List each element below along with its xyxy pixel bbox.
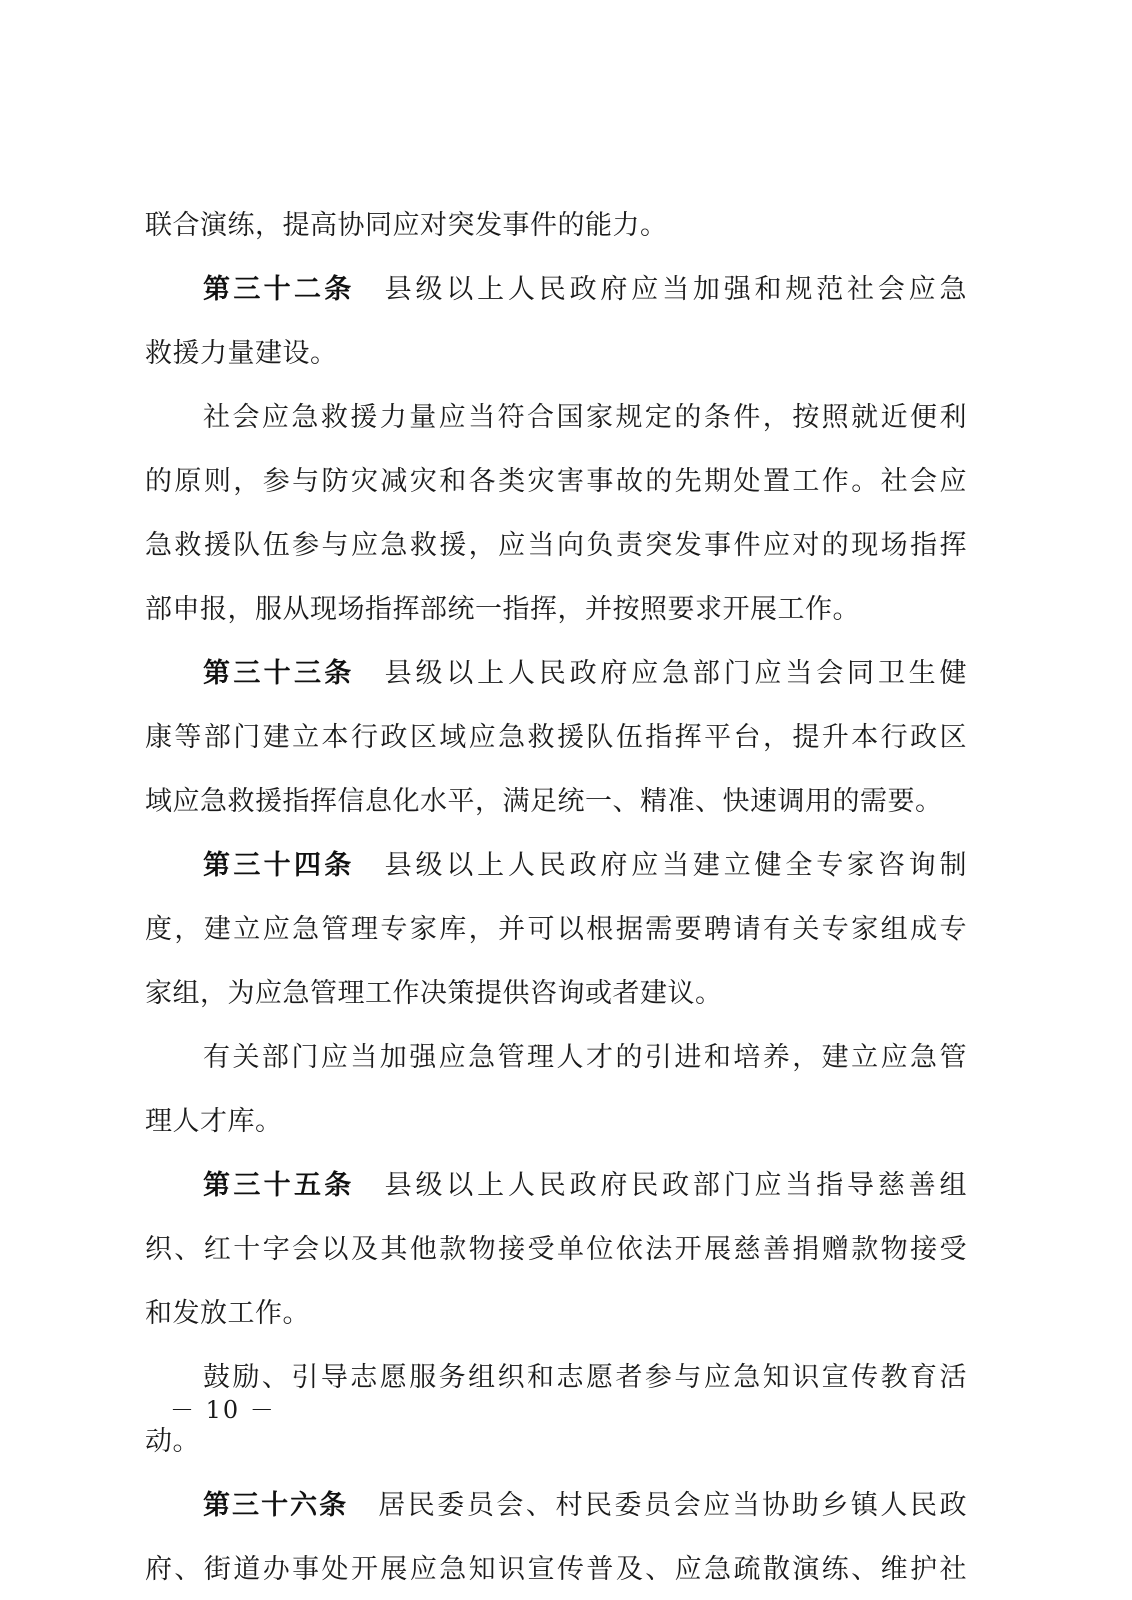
line-text: 度，建立应急管理专家库，并可以根据需要聘请有关专家组成专 [145,914,967,945]
paragraph-line: 部申报，服从现场指挥部统一指挥，并按照要求开展工作。 [145,578,967,642]
article-number: 第三十四条 [203,850,355,881]
line-text: 急救援队伍参与应急救援，应当向负责突发事件应对的现场指挥 [145,530,967,561]
article-36-heading-line: 第三十六条居民委员会、村民委员会应当协助乡镇人民政 [145,1474,967,1538]
article-34-heading-line: 第三十四条县级以上人民政府应当建立健全专家咨询制 [145,834,967,898]
line-text: 和发放工作。 [145,1298,310,1329]
line-text: 县级以上人民政府应急部门应当会同卫生健 [385,658,967,689]
line-text: 联合演练，提高协同应对突发事件的能力。 [145,210,668,241]
line-text: 居民委员会、村民委员会应当协助乡镇人民政 [378,1490,967,1521]
paragraph-line: 织、红十字会以及其他款物接受单位依法开展慈善捐赠款物接受 [145,1218,967,1282]
line-text: 社会应急救援力量应当符合国家规定的条件，按照就近便利 [203,402,967,433]
paragraph-line: 急救援队伍参与应急救援，应当向负责突发事件应对的现场指挥 [145,514,967,578]
paragraph-line: 有关部门应当加强应急管理人才的引进和培养，建立应急管 [145,1026,967,1090]
line-text: 县级以上人民政府民政部门应当指导慈善组 [385,1170,967,1201]
paragraph-line: 联合演练，提高协同应对突发事件的能力。 [145,194,967,258]
article-number: 第三十三条 [203,658,355,689]
line-text: 理人才库。 [145,1106,283,1137]
line-text: 县级以上人民政府应当建立健全专家咨询制 [385,850,967,881]
paragraph-line: 度，建立应急管理专家库，并可以根据需要聘请有关专家组成专 [145,898,967,962]
article-33-heading-line: 第三十三条县级以上人民政府应急部门应当会同卫生健 [145,642,967,706]
paragraph-line: 的原则，参与防灾减灾和各类灾害事故的先期处置工作。社会应 [145,450,967,514]
paragraph-line: 康等部门建立本行政区域应急救援队伍指挥平台，提升本行政区 [145,706,967,770]
paragraph-line: 家组，为应急管理工作决策提供咨询或者建议。 [145,962,967,1026]
line-text: 康等部门建立本行政区域应急救援队伍指挥平台，提升本行政区 [145,722,967,753]
paragraph-line: 救援力量建设。 [145,322,967,386]
line-text: 县级以上人民政府应当加强和规范社会应急 [385,274,967,305]
article-35-heading-line: 第三十五条县级以上人民政府民政部门应当指导慈善组 [145,1154,967,1218]
paragraph-line: 理人才库。 [145,1090,967,1154]
paragraph-line: 社会应急救援力量应当符合国家规定的条件，按照就近便利 [145,386,967,450]
paragraph-line: 府、街道办事处开展应急知识宣传普及、应急疏散演练、维护社 [145,1538,967,1600]
line-text: 府、街道办事处开展应急知识宣传普及、应急疏散演练、维护社 [145,1554,967,1585]
article-number: 第三十六条 [203,1490,348,1521]
line-text: 鼓励、引导志愿服务组织和志愿者参与应急知识宣传教育活 [203,1362,967,1393]
line-text: 部申报，服从现场指挥部统一指挥，并按照要求开展工作。 [145,594,860,625]
line-text: 织、红十字会以及其他款物接受单位依法开展慈善捐赠款物接受 [145,1234,967,1265]
article-number: 第三十二条 [203,274,355,305]
page-number: － 10 － [170,1390,276,1425]
line-text: 域应急救援指挥信息化水平，满足统一、精准、快速调用的需要。 [145,786,943,817]
line-text: 有关部门应当加强应急管理人才的引进和培养，建立应急管 [203,1042,967,1073]
paragraph-line: 域应急救援指挥信息化水平，满足统一、精准、快速调用的需要。 [145,770,967,834]
article-number: 第三十五条 [203,1170,355,1201]
line-text: 动。 [145,1426,200,1457]
line-text: 救援力量建设。 [145,338,338,369]
article-32-heading-line: 第三十二条县级以上人民政府应当加强和规范社会应急 [145,258,967,322]
document-page: 联合演练，提高协同应对突发事件的能力。 第三十二条县级以上人民政府应当加强和规范… [0,0,1132,1600]
line-text: 家组，为应急管理工作决策提供咨询或者建议。 [145,978,723,1009]
paragraph-line: 和发放工作。 [145,1282,967,1346]
line-text: 的原则，参与防灾减灾和各类灾害事故的先期处置工作。社会应 [145,466,967,497]
